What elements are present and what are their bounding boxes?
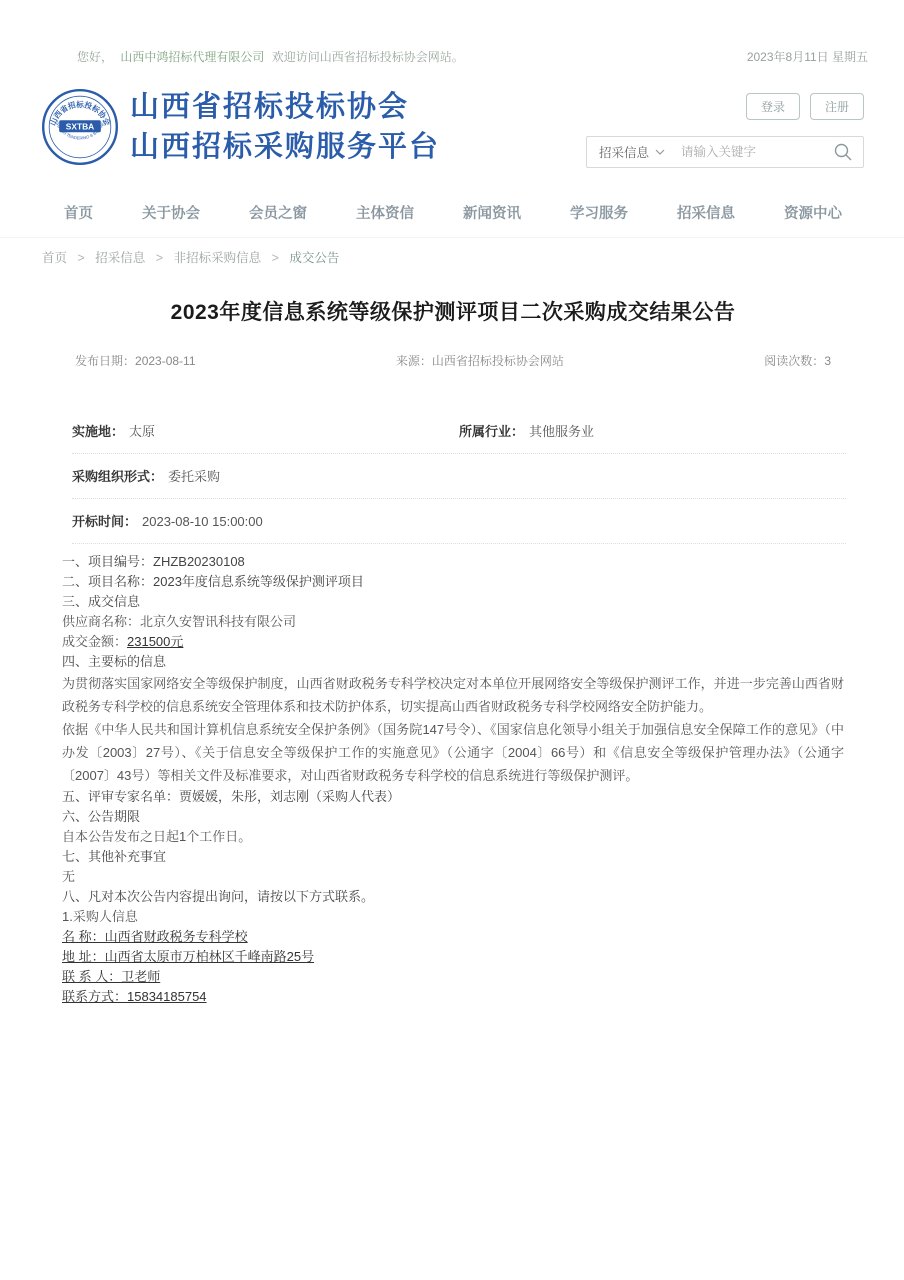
info-label: 采购组织形式： <box>72 469 163 484</box>
nav-item-about[interactable]: 关于协会 <box>142 202 200 223</box>
site-header: 山西省招标投标协会 SHAN XI TENDERING & BIDDING SX… <box>0 65 904 176</box>
other-matters-text: 无 <box>62 867 844 887</box>
nav-item-credit[interactable]: 主体资信 <box>356 202 414 223</box>
search-input[interactable] <box>679 144 831 160</box>
breadcrumb-separator: > <box>272 251 279 265</box>
view-count: 阅读次数：3 <box>764 352 831 369</box>
breadcrumb-separator: > <box>156 251 163 265</box>
info-value: 2023-08-10 15:00:00 <box>142 514 263 529</box>
info-value: 其他服务业 <box>529 424 594 439</box>
view-count-value: 3 <box>824 354 831 368</box>
publish-date: 发布日期：2023-08-11 <box>75 352 196 369</box>
site-logo[interactable]: 山西省招标投标协会 SHAN XI TENDERING & BIDDING SX… <box>40 87 440 167</box>
section-contact: 八、凡对本次公告内容提出询问，请按以下方式联系。 <box>62 887 844 907</box>
article-source: 来源：山西省招标投标协会网站 <box>396 352 564 369</box>
header-right: 登录 注册 招采信息 <box>586 87 864 168</box>
section-expert-list: 五、评审专家名单：贾媛媛，朱彤，刘志刚（采购人代表） <box>62 787 844 807</box>
supplier-name: 供应商名称：北京久安智讯科技有限公司 <box>62 612 844 632</box>
search-category-label: 招采信息 <box>599 143 649 161</box>
section-project-number: 一、项目编号：ZHZB20230108 <box>62 552 844 572</box>
info-cell-industry: 所属行业：其他服务业 <box>459 421 846 440</box>
publish-date-value: 2023-08-11 <box>135 354 196 368</box>
article-body: 一、项目编号：ZHZB20230108 二、项目名称：2023年度信息系统等级保… <box>62 552 844 1007</box>
info-label: 开标时间： <box>72 514 137 529</box>
table-row: 采购组织形式：委托采购 <box>72 454 846 499</box>
nav-item-learning[interactable]: 学习服务 <box>570 202 628 223</box>
nav-item-members[interactable]: 会员之窗 <box>249 202 307 223</box>
greeting-company-name: 山西中鸿招标代理有限公司 <box>120 50 264 64</box>
search-category-dropdown[interactable]: 招采信息 <box>599 143 665 161</box>
info-value: 委托采购 <box>168 469 220 484</box>
purchaser-info-heading: 1.采购人信息 <box>62 907 844 927</box>
purchaser-phone: 联系方式：15834185754 <box>62 987 844 1007</box>
current-date: 2023年8月11日 星期五 <box>747 48 868 65</box>
search-button[interactable] <box>831 140 855 164</box>
association-emblem-icon: 山西省招标投标协会 SHAN XI TENDERING & BIDDING SX… <box>40 87 120 167</box>
chevron-down-icon <box>655 149 665 155</box>
source-value: 山西省招标投标协会网站 <box>432 354 564 368</box>
info-cell-location: 实施地：太原 <box>72 421 459 440</box>
notice-period-text: 自本公告发布之日起1个工作日。 <box>62 827 844 847</box>
deal-amount: 成交金额：231500元 <box>62 632 844 652</box>
nav-item-resources[interactable]: 资源中心 <box>784 202 842 223</box>
nav-item-news[interactable]: 新闻资讯 <box>463 202 521 223</box>
purchaser-contact-person: 联 系 人：卫老师 <box>62 967 844 987</box>
section-other-matters: 七、其他补充事宜 <box>62 847 844 867</box>
source-label: 来源： <box>396 354 432 368</box>
info-label: 实施地： <box>72 424 124 439</box>
purchaser-address: 地 址：山西省太原市万柏林区千峰南路25号 <box>62 947 844 967</box>
emblem-badge-text: SXTBA <box>66 121 94 131</box>
subject-paragraph-1: 为贯彻落实国家网络安全等级保护制度，山西省财政税务专科学校决定对本单位开展网络安… <box>62 672 844 718</box>
nav-item-procurement[interactable]: 招采信息 <box>677 202 735 223</box>
deal-amount-value: 231500元 <box>127 634 183 649</box>
publish-date-label: 发布日期： <box>75 354 135 368</box>
announcement-article: 2023年度信息系统等级保护测评项目二次采购成交结果公告 发布日期：2023-0… <box>60 296 846 1007</box>
info-label: 所属行业： <box>459 424 524 439</box>
subject-paragraph-2: 依据《中华人民共和国计算机信息系统安全保护条例》（国务院147号令）、《国家信息… <box>62 718 844 787</box>
main-nav: 首页 关于协会 会员之窗 主体资信 新闻资讯 学习服务 招采信息 资源中心 <box>0 186 904 238</box>
greeting-text: 您好， 山西中鸿招标代理有限公司 欢迎访问山西省招标投标协会网站。 <box>77 48 464 65</box>
breadcrumb-home[interactable]: 首页 <box>42 251 67 265</box>
table-row: 开标时间：2023-08-10 15:00:00 <box>72 499 846 544</box>
article-title: 2023年度信息系统等级保护测评项目二次采购成交结果公告 <box>60 296 846 326</box>
section-deal-info: 三、成交信息 <box>62 592 844 612</box>
search-icon <box>833 142 853 162</box>
info-value: 太原 <box>129 424 155 439</box>
info-cell-bid-opening-time: 开标时间：2023-08-10 15:00:00 <box>72 511 263 530</box>
greeting-prefix: 您好， <box>77 50 113 64</box>
section-notice-period: 六、公告期限 <box>62 807 844 827</box>
project-info-table: 实施地：太原 所属行业：其他服务业 采购组织形式：委托采购 开标时间：2023-… <box>72 409 846 544</box>
breadcrumb: 首页 > 招采信息 > 非招标采购信息 > 成交公告 <box>0 238 904 266</box>
auth-buttons: 登录 注册 <box>746 93 864 120</box>
table-row: 实施地：太原 所属行业：其他服务业 <box>72 409 846 454</box>
breadcrumb-separator: > <box>78 251 85 265</box>
site-title: 山西省招标投标协会 山西招标采购服务平台 <box>130 87 440 167</box>
bottom-spacer <box>0 1007 904 1053</box>
section-project-name: 二、项目名称：2023年度信息系统等级保护测评项目 <box>62 572 844 592</box>
greeting-suffix: 欢迎访问山西省招标投标协会网站。 <box>272 50 464 64</box>
breadcrumb-procurement-info[interactable]: 招采信息 <box>95 251 145 265</box>
nav-item-home[interactable]: 首页 <box>64 202 93 223</box>
info-cell-organization-form: 采购组织形式：委托采购 <box>72 466 220 485</box>
deal-amount-label: 成交金额： <box>62 634 127 649</box>
search-bar: 招采信息 <box>586 136 864 168</box>
purchaser-name: 名 称：山西省财政税务专科学校 <box>62 927 844 947</box>
top-greeting-bar: 您好， 山西中鸿招标代理有限公司 欢迎访问山西省招标投标协会网站。 2023年8… <box>0 0 904 65</box>
breadcrumb-nonbid-info[interactable]: 非招标采购信息 <box>174 251 262 265</box>
register-button[interactable]: 注册 <box>810 93 864 120</box>
section-subject-info: 四、主要标的信息 <box>62 652 844 672</box>
view-count-label: 阅读次数： <box>764 354 824 368</box>
site-title-line1: 山西省招标投标协会 <box>130 87 440 127</box>
site-title-line2: 山西招标采购服务平台 <box>130 127 440 167</box>
breadcrumb-current-deal-notice: 成交公告 <box>289 251 339 265</box>
article-meta: 发布日期：2023-08-11 来源：山西省招标投标协会网站 阅读次数：3 <box>60 352 846 369</box>
login-button[interactable]: 登录 <box>746 93 800 120</box>
